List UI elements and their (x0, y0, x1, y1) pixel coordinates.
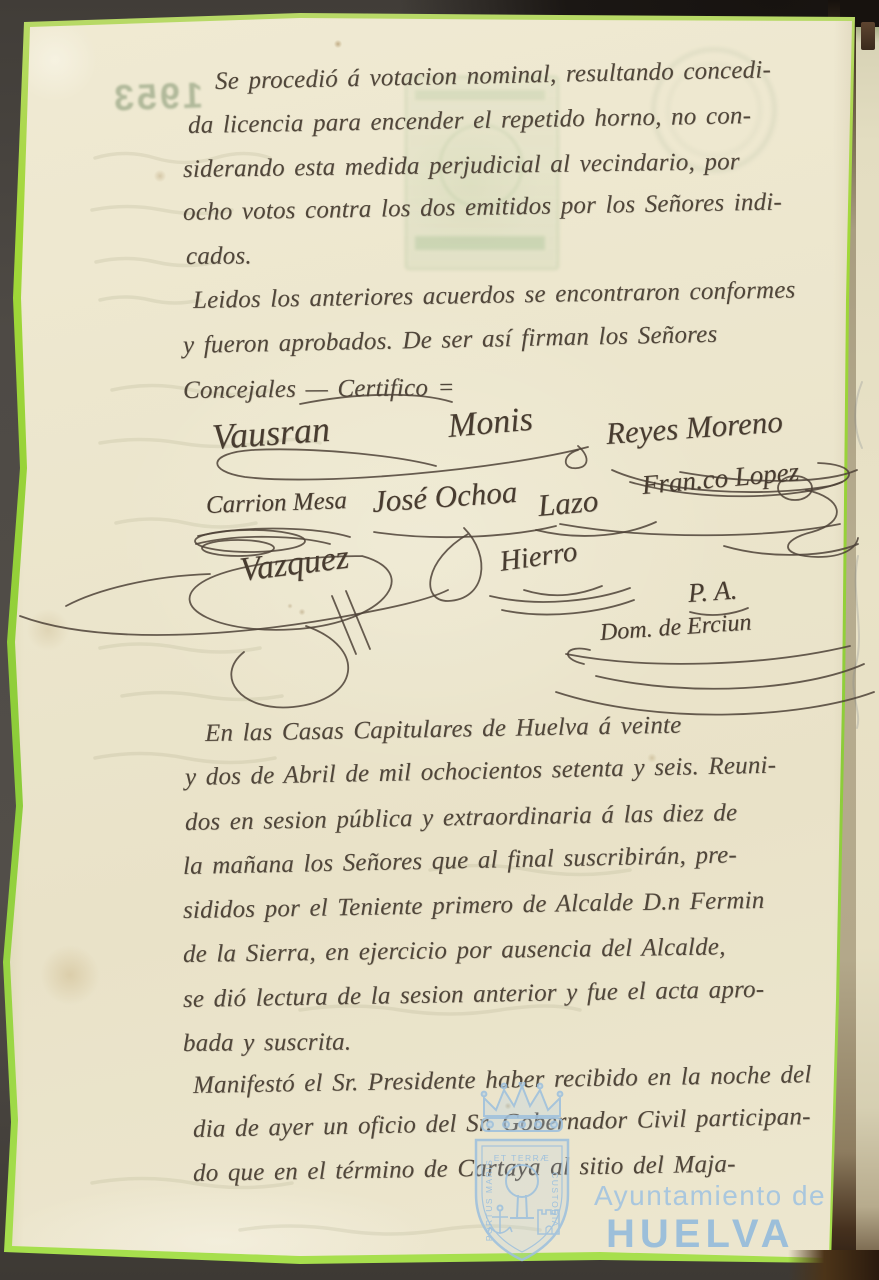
binding-mark (861, 22, 875, 50)
seal-top-band (415, 90, 545, 100)
scanned-document: 1953 Se procedió á votacion nominal, res… (0, 0, 879, 1280)
signature: P. A. (687, 575, 738, 609)
signature: Vausran (211, 408, 332, 458)
signature: Lazo (536, 483, 599, 524)
manuscript-line: cados. (186, 242, 252, 271)
signature: Monis (446, 401, 534, 446)
manuscript-line: bada y suscrita. (183, 1029, 351, 1058)
signature: Carrion Mesa (206, 487, 348, 520)
bottom-binding-shadow (788, 1250, 879, 1280)
seal-bottom-band (415, 236, 545, 250)
manuscript-line: Concejales — Certifico = (183, 374, 455, 405)
